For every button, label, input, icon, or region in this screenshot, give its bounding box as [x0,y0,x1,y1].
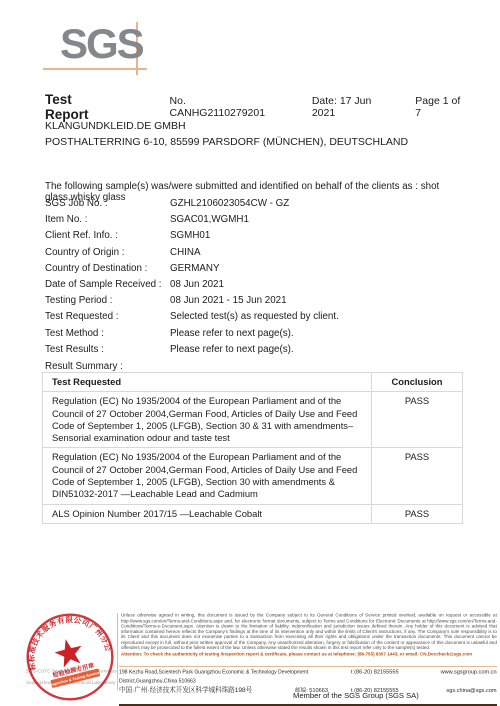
conclusion-cell: PASS [372,448,463,504]
table-row: Regulation (EC) No 1935/2004 of the Euro… [43,448,463,504]
detail-label: Country of Destination : [45,263,170,274]
client-block: KLANGUNDKLEID.DE GMBH POSTHALTERRING 6-1… [45,118,408,150]
svg-text:通标标准技术服务有限公司广州分公司: 通标标准技术服务有限公司广州分公司 [14,601,113,674]
detail-value: 08 Jun 2021 - 15 Jun 2021 [170,295,475,306]
table-row: Regulation (EC) No 1935/2004 of the Euro… [43,392,463,448]
detail-row: Item No. : SGAC01,WGMH1 [45,214,475,230]
detail-value: 08 Jun 2021 [170,279,475,290]
phone-number: t (86-20) 82155555 [351,668,425,677]
detail-label: Country of Origin : [45,247,170,258]
detail-row: SGS Job No. : GZHL2106023054CW - GZ [45,198,475,214]
result-summary-heading: Result Summary : [45,361,123,372]
sgs-logo-text: SGS [60,20,143,68]
detail-value: GZHL2106023054CW - GZ [170,198,475,209]
column-header-test-requested: Test Requested [43,373,372,392]
detail-row: Country of Destination : GERMANY [45,263,475,279]
report-date: Date: 17 Jun 2021 [312,95,391,119]
page-indicator: Page 1 of 7 [415,95,465,119]
website-link[interactable]: www.sgsgroup.com.cn [425,668,497,677]
detail-value: SGMH01 [170,230,475,241]
detail-row: Test Requested : Selected test(s) as req… [45,311,475,327]
logo-horizontal-line [43,68,147,70]
inspection-stamp: 通标标准技术服务有限公司广州分公司 检验检测专用章 Inspection & T… [14,601,126,706]
address-row-en: 198 Kezhu Road,Scientech Park Guangzhou … [119,668,497,686]
detail-value: GERMANY [170,263,475,274]
authenticity-attention-text: Attention: To check the authenticity of … [121,652,497,657]
detail-value: Selected test(s) as requested by client. [170,311,475,322]
column-header-conclusion: Conclusion [372,373,463,392]
detail-row: Test Method : Please refer to next page(… [45,328,475,344]
address-block: 198 Kezhu Road,Scientech Park Guangzhou … [119,666,497,706]
stamp-arc-text: 通标标准技术服务有限公司广州分公司 [14,601,113,674]
detail-row: Country of Origin : CHINA [45,247,475,263]
table-header-row: Test Requested Conclusion [43,373,463,392]
detail-label: Test Results : [45,344,170,355]
conclusion-cell: PASS [372,392,463,448]
test-requested-cell: ALS Opinion Number 2017/15 —Leachable Co… [43,504,372,523]
sgs-member-line: Member of the SGS Group (SGS SA) [293,691,419,700]
detail-label: Date of Sample Received : [45,279,170,290]
result-summary-table: Test Requested Conclusion Regulation (EC… [42,372,463,524]
legal-disclaimer-text: Unless otherwise agreed in writing, this… [121,613,497,651]
detail-label: SGS Job No. : [45,198,170,209]
legal-disclaimer-block: Unless otherwise agreed in writing, this… [121,613,497,674]
detail-row: Date of Sample Received : 08 Jun 2021 [45,279,475,295]
client-address: POSTHALTERRING 6-10, 85599 PARSDORF (MÜN… [45,134,408,150]
detail-row: Test Results : Please refer to next page… [45,344,475,360]
details-list: SGS Job No. : GZHL2106023054CW - GZ Item… [45,198,475,360]
detail-row: Testing Period : 08 Jun 2021 - 15 Jun 20… [45,295,475,311]
email-link[interactable]: sgs.china@sgs.com [425,686,497,695]
detail-value: Please refer to next page(s). [170,328,475,339]
conclusion-cell: PASS [372,504,463,523]
address-english: 198 Kezhu Road,Scientech Park Guangzhou … [119,668,351,686]
test-requested-cell: Regulation (EC) No 1935/2004 of the Euro… [43,448,372,504]
detail-label: Client Ref. Info. : [45,230,170,241]
sgs-logo: SGS [45,18,165,76]
detail-label: Test Method : [45,328,170,339]
test-requested-cell: Regulation (EC) No 1935/2004 of the Euro… [43,392,372,448]
test-report-page: SGS Test Report No. CANHG2110279201 Date… [0,0,500,706]
stamp-star-icon [52,636,85,669]
address-chinese: 中国·广州·经济技术开发区科学城科珠路198号 [119,686,295,695]
client-name: KLANGUNDKLEID.DE GMBH [45,118,408,134]
detail-value: CHINA [170,247,475,258]
detail-label: Item No. : [45,214,170,225]
detail-value: SGAC01,WGMH1 [170,214,475,225]
detail-label: Test Requested : [45,311,170,322]
detail-label: Testing Period : [45,295,170,306]
report-number: No. CANHG2110279201 [170,95,276,119]
detail-value: Please refer to next page(s). [170,344,475,355]
table-row: ALS Opinion Number 2017/15 —Leachable Co… [43,504,463,523]
detail-row: Client Ref. Info. : SGMH01 [45,230,475,246]
